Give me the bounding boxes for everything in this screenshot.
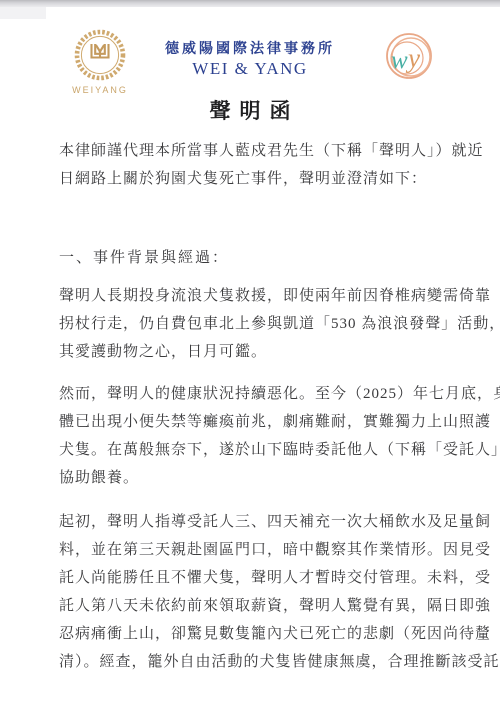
intro-line-2: 日網路上關於狗園犬隻死亡事件，聲明並澄清如下： bbox=[59, 165, 446, 193]
wreath-logo-icon bbox=[60, 26, 140, 84]
svg-text:y: y bbox=[405, 43, 420, 73]
para-rescue-line-1: 聲明人長期投身流浪犬隻救援，即使兩年前因脊椎病變需倚靠 bbox=[59, 282, 446, 310]
intro-line-1: 本律師謹代理本所當事人藍戍君先生（下稱「聲明人」）就近 bbox=[59, 137, 446, 165]
statement-document: WEIYANG 德威陽國際法律事務所 WEI & YANG w y 聲明函 本律… bbox=[0, 0, 500, 704]
wy-monogram-logo: w y bbox=[381, 30, 437, 91]
wy-monogram-icon: w y bbox=[381, 30, 437, 86]
para-incident-line-1: 起初，聲明人指導受託人三、四天補充一次大桶飲水及足量飼 bbox=[59, 508, 446, 536]
para-incident-line-2: 料，並在第三天親赴園區門口，暗中觀察其作業情形。因見受 bbox=[59, 536, 446, 564]
document-body: 本律師謹代理本所當事人藍戍君先生（下稱「聲明人」）就近 日網路上關於狗園犬隻死亡… bbox=[59, 137, 446, 676]
svg-text:w: w bbox=[391, 47, 408, 74]
weiyang-logo-caption: WEIYANG bbox=[59, 85, 141, 95]
document-title: 聲明函 bbox=[0, 95, 500, 125]
page-top-edge bbox=[0, 0, 500, 7]
firm-name-en: WEI & YANG bbox=[140, 59, 360, 79]
firm-name-zh: 德威陽國際法律事務所 bbox=[140, 38, 360, 58]
para-incident-line-3: 託人尚能勝任且不懼犬隻，聲明人才暫時交付管理。未料，受 bbox=[59, 564, 446, 592]
para-health-line-3: 犬隻。在萬般無奈下，遂於山下臨時委託他人（下稱「受託人」） bbox=[59, 436, 446, 464]
weiyang-wreath-logo: WEIYANG bbox=[59, 26, 141, 95]
page-corner-shade bbox=[0, 7, 46, 19]
section1-heading: 一、事件背景與經過： bbox=[59, 244, 446, 272]
para-health-line-4: 協助餵養。 bbox=[59, 464, 446, 492]
para-incident-line-6: 清）。經查，籠外自由活動的犬隻皆健康無虞，合理推斷該受託 bbox=[59, 648, 446, 676]
para-health-line-1: 然而，聲明人的健康狀況持續惡化。至今（2025）年七月底，身 bbox=[59, 380, 446, 408]
para-health-line-2: 體已出現小便失禁等癱瘓前兆，劇痛難耐，實難獨力上山照護 bbox=[59, 408, 446, 436]
para-rescue-line-2: 拐杖行走，仍自費包車北上參與凱道「530 為浪浪發聲」活動， bbox=[59, 310, 446, 338]
para-incident-line-4: 託人第八天未依約前來領取薪資，聲明人驚覺有異，隔日即強 bbox=[59, 592, 446, 620]
para-incident-line-5: 忍病痛衝上山，卻驚見數隻籠內犬已死亡的悲劇（死因尚待釐 bbox=[59, 620, 446, 648]
para-rescue-line-3: 其愛護動物之心，日月可鑑。 bbox=[59, 338, 446, 366]
